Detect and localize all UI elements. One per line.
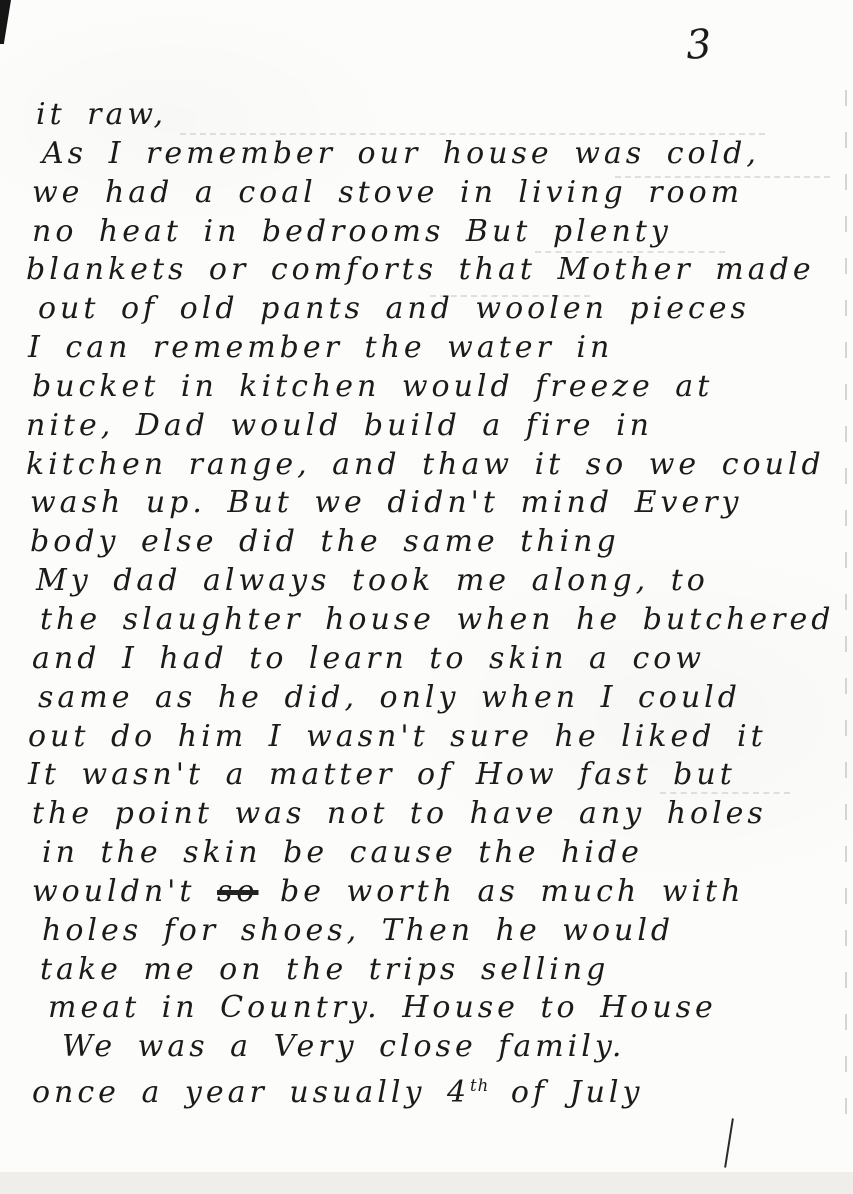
handwriting-text: no heat in bedrooms But plenty [32, 214, 672, 249]
handwriting-text: same as he did, only when I could [38, 680, 741, 715]
handwriting-text: nite, Dad would build a fire in [26, 408, 653, 443]
handwriting-lines: it raw,As I remember our house was cold,… [0, 96, 853, 1106]
handwriting-text: th [470, 1076, 489, 1095]
handwriting-text: blankets or comforts that Mother made [26, 252, 815, 287]
handwriting-text: We was a Very close family. [62, 1029, 625, 1064]
handwriting-line: once a year usually 4th of July [0, 1067, 853, 1106]
handwriting-line: It wasn't a matter of How fast but [0, 756, 853, 795]
handwriting-text: take me on the trips selling [40, 952, 609, 987]
struck-out-word: so [217, 874, 258, 909]
handwriting-text: bucket in kitchen would freeze at [32, 369, 713, 404]
handwriting-text: the slaughter house when he butchered [40, 602, 834, 637]
handwriting-line: My dad always took me along, to [0, 562, 853, 601]
page-number: 3 [684, 21, 713, 69]
handwriting-text: kitchen range, and thaw it so we could [26, 447, 825, 482]
handwriting-line: holes for shoes, Then he would [0, 912, 853, 951]
handwriting-line: no heat in bedrooms But plenty [0, 213, 853, 252]
handwriting-text: My dad always took me along, to [36, 563, 709, 598]
handwriting-text: It wasn't a matter of How fast but [28, 757, 736, 792]
handwriting-text: it raw, [36, 97, 167, 132]
handwriting-line: blankets or comforts that Mother made [0, 251, 853, 290]
handwriting-line: body else did the same thing [0, 523, 853, 562]
handwriting-line: in the skin be cause the hide [0, 834, 853, 873]
handwriting-line: out do him I wasn't sure he liked it [0, 718, 853, 757]
handwriting-line: We was a Very close family. [0, 1028, 853, 1067]
handwriting-line: we had a coal stove in living room [0, 174, 853, 213]
handwriting-text: and I had to learn to skin a cow [32, 641, 705, 676]
handwriting-text: once a year usually 4 [32, 1075, 470, 1110]
handwriting-line: it raw, [0, 96, 853, 135]
handwriting-line: out of old pants and woolen pieces [0, 290, 853, 329]
handwriting-text: body else did the same thing [30, 524, 620, 559]
handwriting-line: take me on the trips selling [0, 951, 853, 990]
handwriting-text: of July [489, 1075, 643, 1110]
handwriting-text: meat in Country. House to House [48, 990, 717, 1025]
handwriting-line: As I remember our house was cold, [0, 135, 853, 174]
handwriting-text: be worth as much with [259, 874, 745, 909]
handwriting-line: meat in Country. House to House [0, 989, 853, 1028]
handwriting-line: same as he did, only when I could [0, 679, 853, 718]
handwriting-text: I can remember the water in [28, 330, 613, 365]
handwriting-text: wouldn't [32, 874, 217, 909]
handwriting-text: wash up. But we didn't mind Every [30, 485, 743, 520]
handwriting-line: wash up. But we didn't mind Every [0, 484, 853, 523]
handwriting-line: and I had to learn to skin a cow [0, 640, 853, 679]
handwriting-line: bucket in kitchen would freeze at [0, 368, 853, 407]
handwriting-text: out of old pants and woolen pieces [38, 291, 750, 326]
handwriting-line: the point was not to have any holes [0, 795, 853, 834]
handwriting-text: holes for shoes, Then he would [42, 913, 674, 948]
handwriting-line: kitchen range, and thaw it so we could [0, 446, 853, 485]
handwriting-line: the slaughter house when he butchered [0, 601, 853, 640]
handwriting-text: As I remember our house was cold, [42, 136, 760, 171]
handwriting-text: in the skin be cause the hide [42, 835, 643, 870]
handwriting-text: we had a coal stove in living room [32, 175, 743, 210]
handwriting-text: the point was not to have any holes [32, 796, 767, 831]
handwriting-text: out do him I wasn't sure he liked it [28, 719, 767, 754]
handwriting-line: nite, Dad would build a fire in [0, 407, 853, 446]
handwriting-line: wouldn't so be worth as much with [0, 873, 853, 912]
handwriting-line: I can remember the water in [0, 329, 853, 368]
scan-bottom-edge [0, 1172, 853, 1194]
